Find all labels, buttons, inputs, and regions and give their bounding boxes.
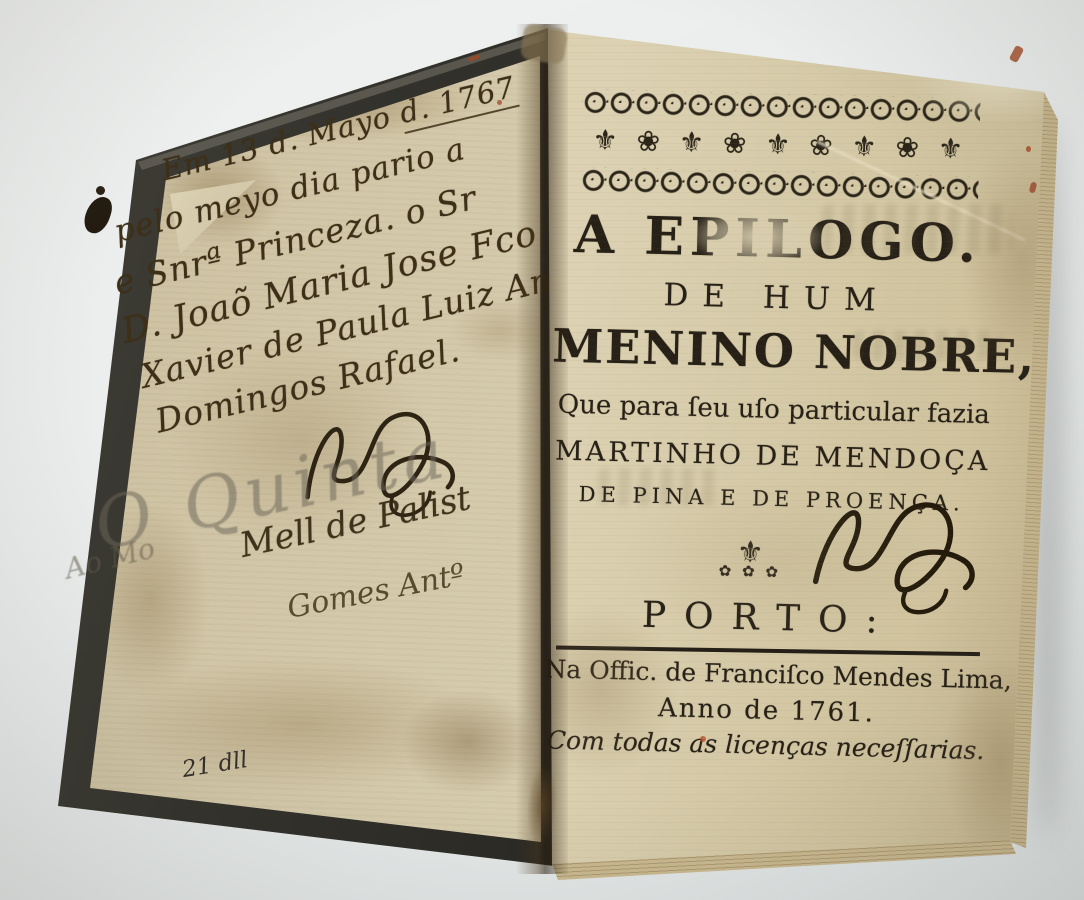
- rust-mark: [1009, 45, 1024, 63]
- ink-show-through: [822, 204, 1012, 254]
- subtitle-line: Que para ſeu uſo particular fazia: [551, 388, 998, 431]
- title-line-de-hum: DE HUM: [553, 274, 1000, 322]
- title-page-letterpress: ⚜ ❀ ⚜ ❀ ⚜ ❀ ⚜ ❀ ⚜ A EPILOGO. DE HUM MENI…: [542, 31, 1006, 768]
- endband: [519, 23, 568, 65]
- imprint-printer: Na Offic. de Franciſco Mendes Lima,: [544, 653, 991, 696]
- ink-show-through: [852, 330, 1002, 360]
- paper-damage-patch: [686, 204, 827, 269]
- rust-mark: [497, 100, 502, 105]
- fleuron-base: ✿ ✿ ✿: [695, 563, 805, 581]
- book-photograph: Em 13 d. Mayo d. 1767 pelo meyo dia pari…: [0, 0, 1084, 900]
- aldine-fleuron-icon: ⚜ ✿ ✿ ✿: [695, 537, 806, 581]
- rust-mark: [1026, 146, 1031, 152]
- rust-mark: [700, 736, 706, 742]
- gutter-shadow: [516, 24, 568, 874]
- ink-flourish-monogram-icon: [796, 476, 998, 635]
- ink-show-through: [598, 468, 718, 506]
- ink-spatter: [96, 186, 105, 195]
- printers-flower-headpiece-icon: ⚜ ❀ ⚜ ❀ ⚜ ❀ ⚜ ❀ ⚜: [580, 89, 980, 203]
- fleuron-and-flourish-row: ⚜ ✿ ✿ ✿: [546, 516, 994, 615]
